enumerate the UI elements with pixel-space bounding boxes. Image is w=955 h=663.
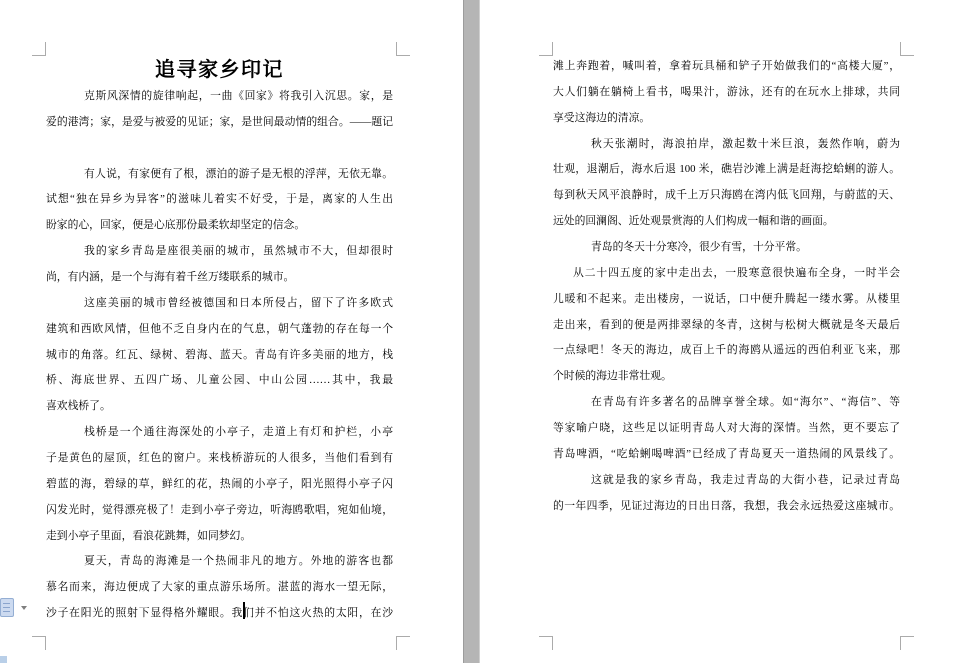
crop-mark-top-left xyxy=(32,42,46,56)
text-line[interactable]: 建筑和西欧风情，但他不乏自身内在的气息，朝气蓬勃的存在每一个 xyxy=(46,321,393,347)
text-line[interactable]: 闪发光时，觉得漂亮极了！走到小亭子旁边，听海鸥歌唱，宛如仙境， xyxy=(46,502,393,528)
crop-mark-top-right xyxy=(396,42,410,56)
text-line[interactable]: 栈桥是一个通往海深处的小亭子，走道上有灯和护栏，小亭 xyxy=(46,424,393,450)
text-line[interactable]: 桥、海底世界、五四广场、儿童公园、中山公园……其中，我最 xyxy=(46,372,393,398)
text-line[interactable]: 个时候的海边非常壮观。 xyxy=(553,368,900,394)
text-line[interactable]: 夏天，青岛的海滩是一个热闹非凡的地方。外地的游客也都 xyxy=(46,553,393,579)
paste-options-button[interactable] xyxy=(0,597,34,621)
clipboard-lines-detail xyxy=(3,603,10,613)
text-line[interactable]: 的一年四季，见证过海边的日出日落，我想，我会永远热爱这座城市。 xyxy=(553,498,900,524)
text-line[interactable] xyxy=(46,140,393,166)
text-line[interactable]: 克斯风深情的旋律响起，一曲《回家》将我引入沉思。家，是 xyxy=(46,88,393,114)
text-line[interactable]: 享受这海边的清凉。 xyxy=(553,110,900,136)
text-line[interactable]: 子是黄色的屋顶，红色的窗户。来栈桥游玩的人很多，当他们看到有 xyxy=(46,450,393,476)
text-line[interactable]: 走出来，看到的便是两排翠绿的冬青，这树与松树大概就是冬天最后 xyxy=(553,317,900,343)
text-line[interactable]: 沙子在阳光的照射下显得格外耀眼。我们并不怕这火热的太阳，在沙 xyxy=(46,605,393,631)
crop-mark-bottom-right xyxy=(900,636,914,650)
text-line[interactable]: 有人说，有家便有了根，漂泊的游子是无根的浮萍，无依无靠。 xyxy=(46,166,393,192)
text-line[interactable]: 每到秋天风平浪静时，成千上万只海鸥在湾内低飞回翔，与蔚蓝的天、 xyxy=(553,187,900,213)
page-gap-divider xyxy=(463,0,480,663)
text-line[interactable]: 试想“独在异乡为异客”的滋味儿着实不好受，于是，离家的人生出 xyxy=(46,191,393,217)
page-2-text-column[interactable]: 滩上奔跑着，喊叫着，拿着玩具桶和铲子开始做我们的“高楼大厦”，大人们躺在躺椅上看… xyxy=(553,58,900,523)
text-line[interactable]: 壮观，退潮后，海水后退 100 米，礁岩沙滩上满是赶海挖蛤蜊的游人。 xyxy=(553,161,900,187)
text-line[interactable]: 碧蓝的海，碧绿的草，鲜红的花，热闹的小亭子，阳光照得小亭子闪 xyxy=(46,476,393,502)
crop-mark-bottom-right xyxy=(396,636,410,650)
text-line[interactable]: 爱的港湾；家，是爱与被爱的见证；家，是世间最动情的组合。——题记 xyxy=(46,114,393,140)
text-line[interactable]: 儿暖和不起来。走出楼房，一说话，口中便升腾起一缕水雾。从楼里 xyxy=(553,291,900,317)
chevron-down-icon[interactable] xyxy=(21,606,27,610)
crop-mark-bottom-left xyxy=(539,636,553,650)
text-line[interactable]: 秋天张潮时，海浪拍岸，激起数十米巨浪，轰然作响，蔚为 xyxy=(553,136,900,162)
text-line[interactable]: 滩上奔跑着，喊叫着，拿着玩具桶和铲子开始做我们的“高楼大厦”， xyxy=(553,58,900,84)
crop-mark-bottom-left xyxy=(32,636,46,650)
text-line[interactable]: 从二十四五度的家中走出去，一股寒意很快遍布全身，一时半会 xyxy=(553,265,900,291)
clipboard-icon xyxy=(0,598,14,617)
text-line[interactable]: 青岛啤酒，“吃蛤蜊喝啤酒”已经成了青岛夏天一道热闹的风景线了。 xyxy=(553,446,900,472)
text-line[interactable]: 这就是我的家乡青岛，我走过青岛的大街小巷，记录过青岛 xyxy=(553,472,900,498)
crop-mark-top-right xyxy=(900,42,914,56)
page-1-text-column[interactable]: 克斯风深情的旋律响起，一曲《回家》将我引入沉思。家，是爱的港湾；家，是爱与被爱的… xyxy=(46,88,393,631)
text-line[interactable]: 慕名而来，海边便成了大家的重点游乐场所。湛蓝的海水一望无际， xyxy=(46,579,393,605)
crop-mark-top-left xyxy=(539,42,553,56)
document-title: 追寻家乡印记 xyxy=(46,53,393,81)
text-line[interactable]: 大人们躺在躺椅上看书，喝果汁，游泳，还有的在玩水上排球，共同 xyxy=(553,84,900,110)
text-line[interactable]: 喜欢栈桥了。 xyxy=(46,398,393,424)
text-line[interactable]: 走到小亭子里面，看浪花跳舞，如同梦幻。 xyxy=(46,528,393,554)
text-line[interactable]: 我的家乡青岛是座很美丽的城市，虽然城市不大，但却很时 xyxy=(46,243,393,269)
text-cursor xyxy=(243,602,245,619)
text-line[interactable]: 城市的角落。红瓦、绿树、碧海、蓝天。青岛有许多美丽的地方，栈 xyxy=(46,347,393,373)
text-line[interactable]: 在青岛有许多著名的品牌享誉全球。如“海尔”、“海信”、等 xyxy=(553,394,900,420)
text-line[interactable]: 这座美丽的城市曾经被德国和日本所侵占，留下了许多欧式 xyxy=(46,295,393,321)
text-line[interactable]: 盼家的心，回家，便是心底那份最柔软却坚定的信念。 xyxy=(46,217,393,243)
text-line[interactable]: 青岛的冬天十分寒冷，很少有雪，十分平常。 xyxy=(553,239,900,265)
text-line[interactable]: 等家喻户晓，这些足以证明青岛人对大海的深情。当然，更不要忘了 xyxy=(553,420,900,446)
text-line[interactable]: 远处的回澜阁、近处观景赏海的人们构成一幅和谐的画面。 xyxy=(553,213,900,239)
text-line[interactable]: 尚，有内涵，是一个与海有着千丝万缕联系的城市。 xyxy=(46,269,393,295)
text-line[interactable]: 一点绿吧！冬天的海边，成百上千的海鸥从遥远的西伯利亚飞来，那 xyxy=(553,342,900,368)
partial-ui-fragment xyxy=(0,656,7,663)
